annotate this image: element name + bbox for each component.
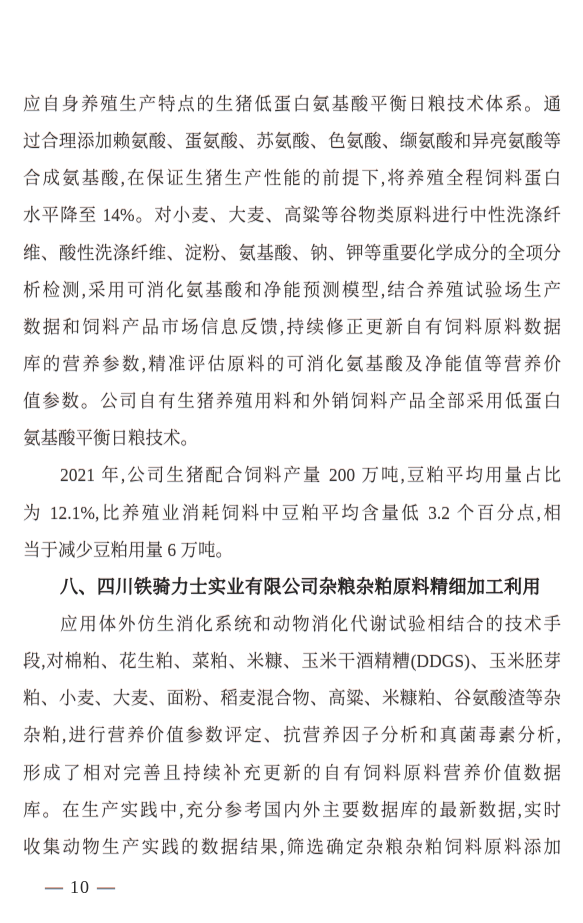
text-line: 析检测,采用可消化氨基酸和净能预测模型,结合养殖试验场生产 [23,272,561,309]
text-line: 数据和饲料产品市场信息反馈,持续修正更新自有饲料原料数据 [23,309,561,346]
section-heading: 八、四川铁骑力士实业有限公司杂粮杂粕原料精细加工利用 [23,569,561,606]
text-line: 收集动物生产实践的数据结果,筛选确定杂粮杂粕饲料原料添加 [23,829,561,866]
footer-dash-left: — [45,878,63,896]
text-line: 2021 年,公司生猪配合饲料产量 200 万吨,豆粕平均用量占比 [23,457,561,494]
text-line: 粕、小麦、大麦、面粉、稻麦混合物、高粱、米糠粕、谷氨酸渣等杂粮 [23,680,561,717]
text-line: 库。在生产实践中,充分参考国内外主要数据库的最新数据,实时 [23,792,561,829]
text-line: 库的营养参数,精准评估原料的可消化氨基酸及净能值等营养价 [23,346,561,383]
text-line: 应用体外仿生消化系统和动物消化代谢试验相结合的技术手 [23,606,561,643]
page-number: 10 [70,877,90,898]
text-line: 合成氨基酸,在保证生猪生产性能的前提下,将养殖全程饲料蛋白 [23,160,561,197]
page-footer: — 10 — [38,874,122,900]
text-line: 过合理添加赖氨酸、蛋氨酸、苏氨酸、色氨酸、缬氨酸和异亮氨酸等 [23,123,561,160]
footer-dash-right: — [97,878,115,896]
text-line: 氨基酸平衡日粮技术。 [23,420,561,457]
document-body: 应自身养殖生产特点的生猪低蛋白氨基酸平衡日粮技术体系。通 过合理添加赖氨酸、蛋氨… [23,86,561,866]
text-line: 杂粕,进行营养价值参数评定、抗营养因子分析和真菌毒素分析, [23,717,561,754]
text-line: 应自身养殖生产特点的生猪低蛋白氨基酸平衡日粮技术体系。通 [23,86,561,123]
text-line: 值参数。公司自有生猪养殖用料和外销饲料产品全部采用低蛋白 [23,383,561,420]
text-line: 段,对棉粕、花生粕、菜粕、米糠、玉米干酒精糟(DDGS)、玉米胚芽 [23,643,561,680]
document-page: 应自身养殖生产特点的生猪低蛋白氨基酸平衡日粮技术体系。通 过合理添加赖氨酸、蛋氨… [0,0,583,923]
text-line: 形成了相对完善且持续补充更新的自有饲料原料营养价值数据 [23,755,561,792]
text-line: 水平降至 14%。对小麦、大麦、高粱等谷物类原料进行中性洗涤纤 [23,197,561,234]
text-line: 当于减少豆粕用量 6 万吨。 [23,532,561,569]
text-line: 维、酸性洗涤纤维、淀粉、氨基酸、钠、钾等重要化学成分的全项分 [23,235,561,272]
text-line: 为 12.1%,比养殖业消耗饲料中豆粕平均含量低 3.2 个百分点,相 [23,495,561,532]
